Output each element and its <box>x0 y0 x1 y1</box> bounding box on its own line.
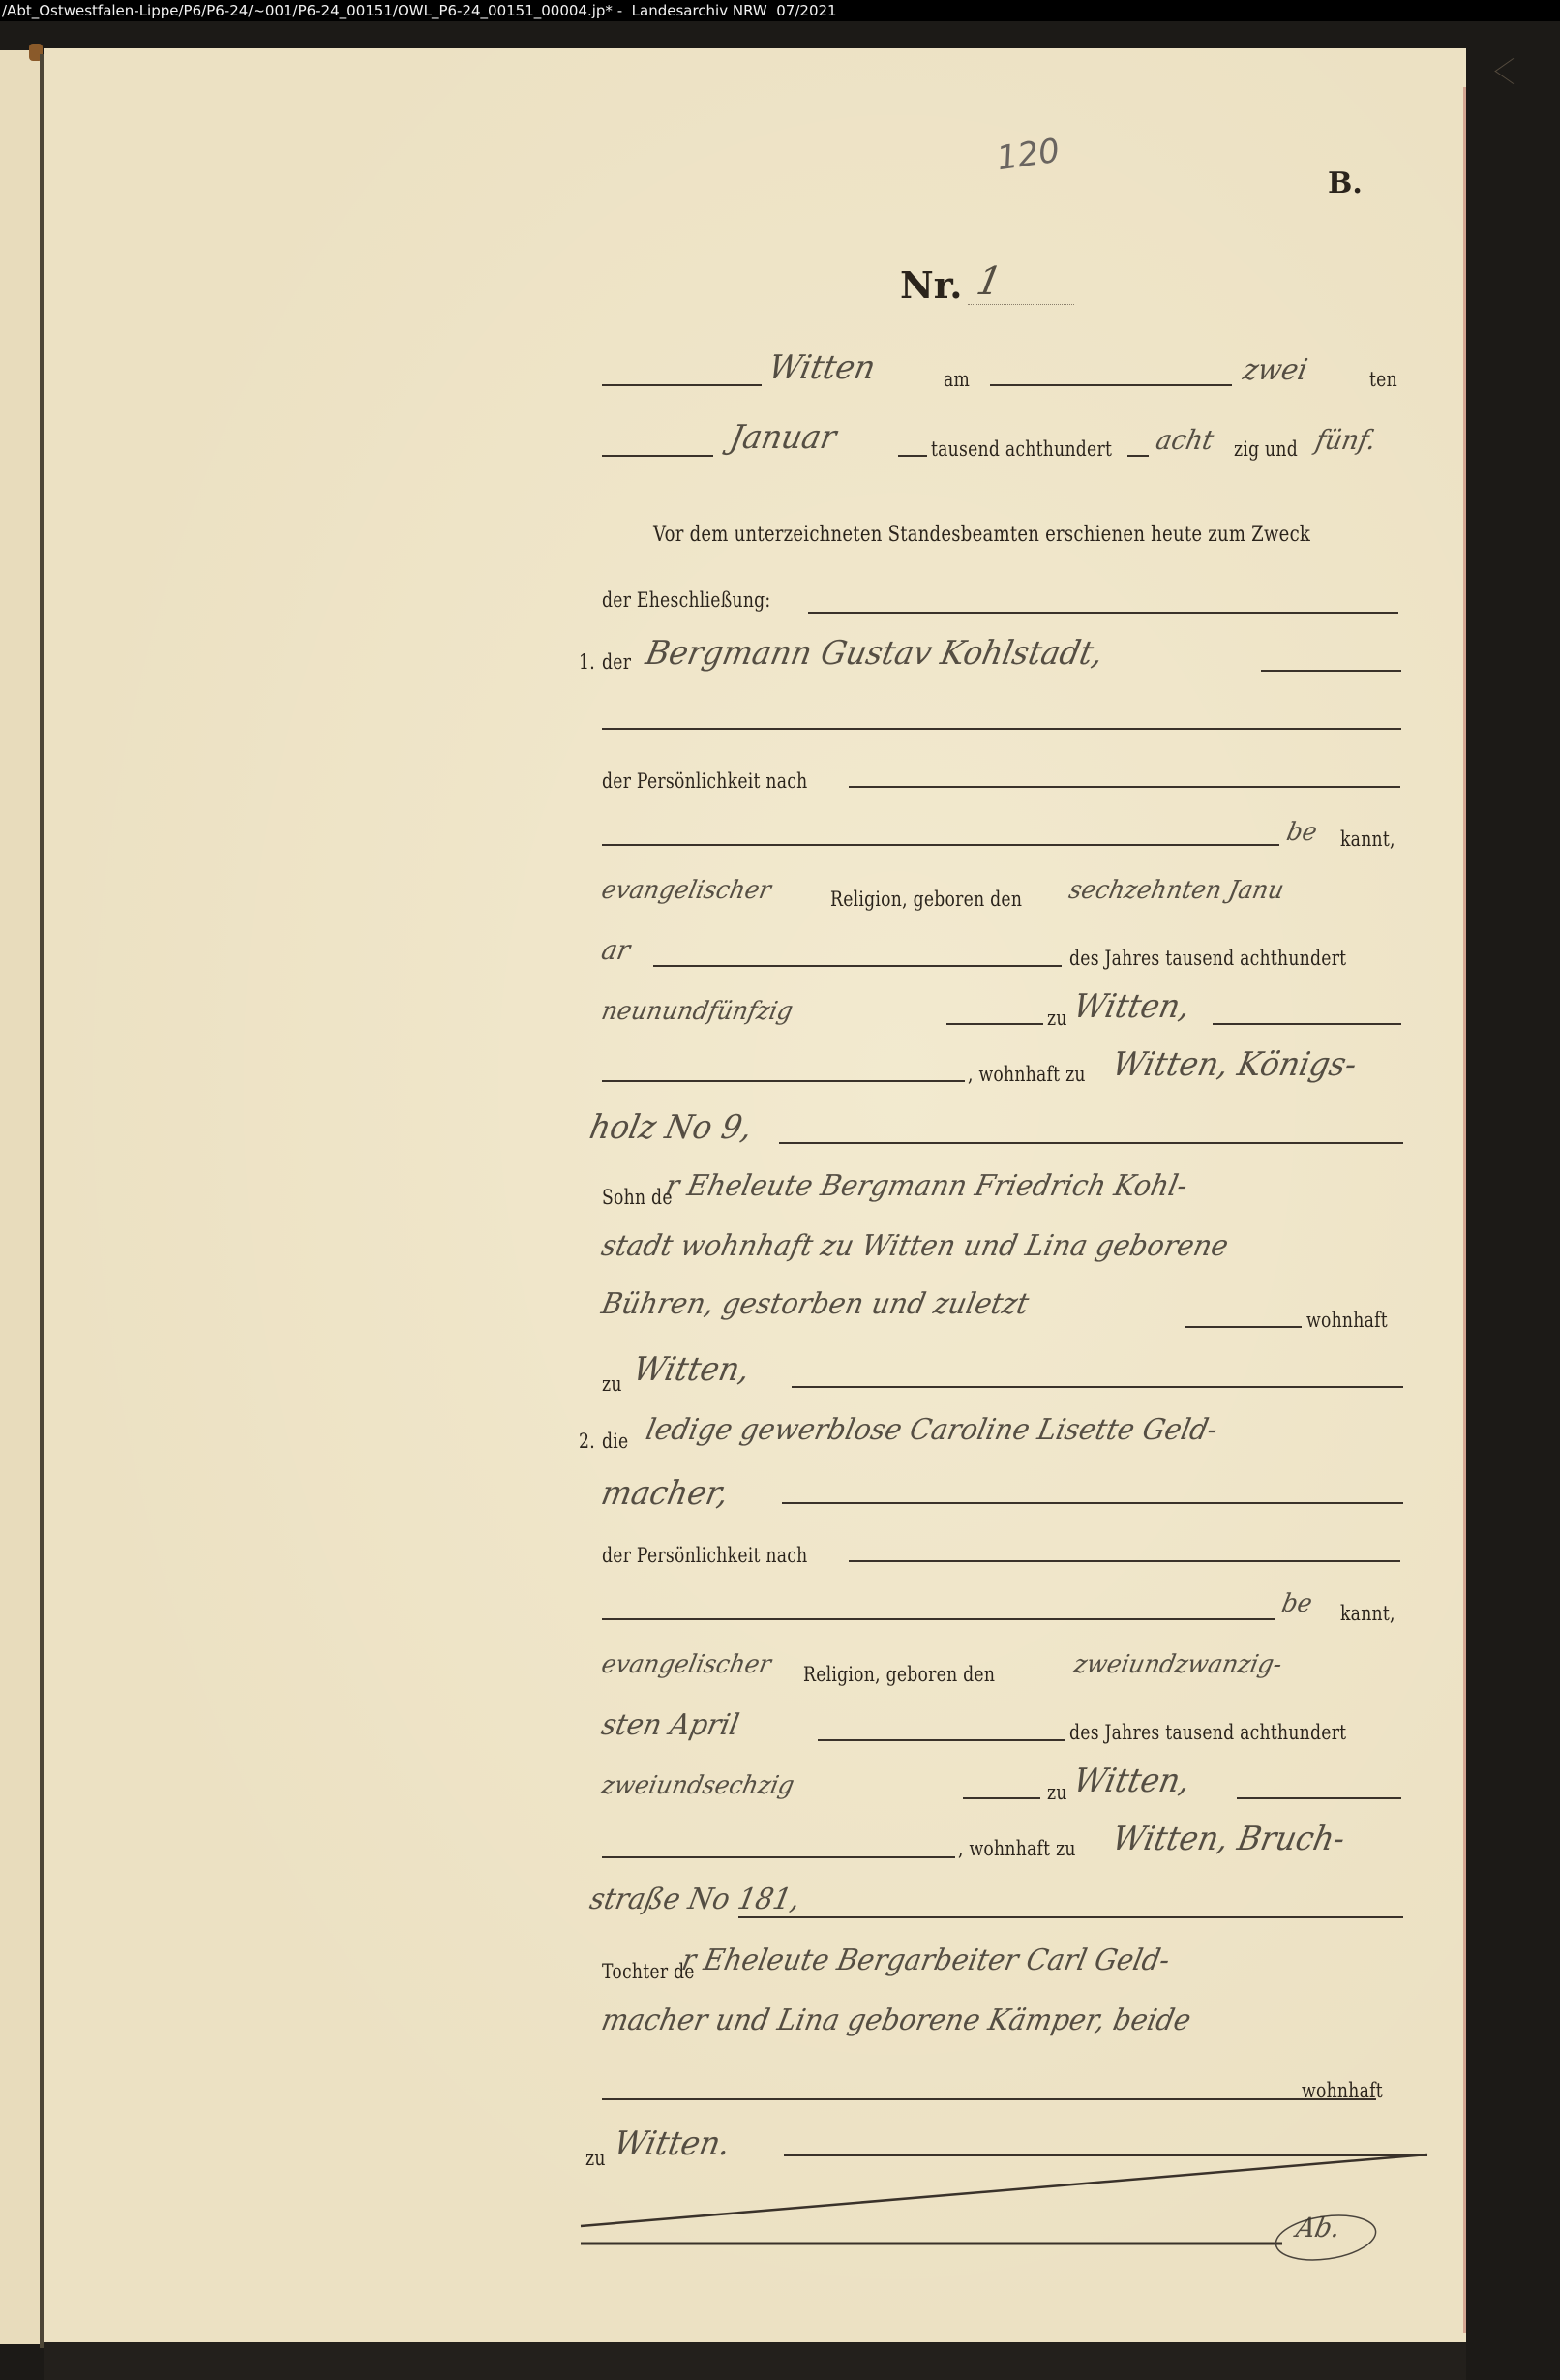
registrar-initials: Ab. <box>1294 2212 1343 2244</box>
strike-through-lines <box>0 0 1560 2380</box>
